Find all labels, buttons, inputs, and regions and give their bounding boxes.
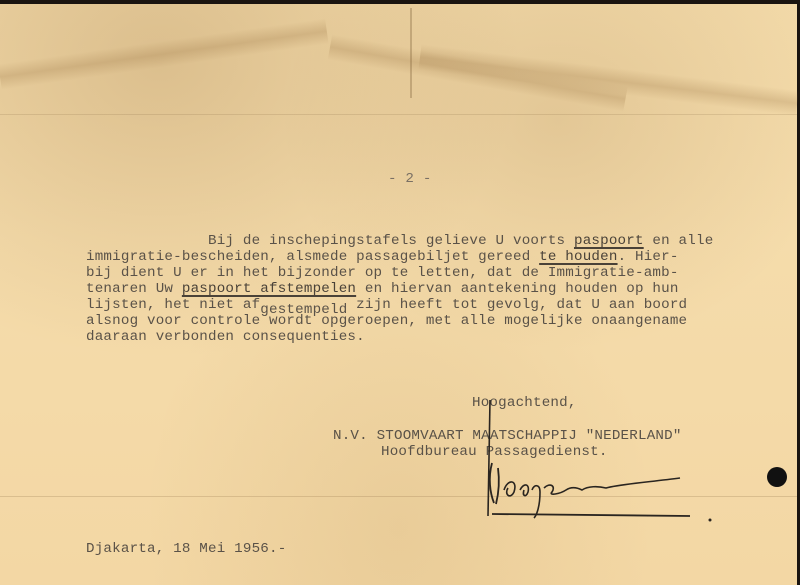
punch-hole [767,467,787,487]
signature [470,398,720,523]
date-line: Djakarta, 18 Mei 1956.- [86,541,286,557]
underlined-te-houden: te houden [539,249,617,265]
paper-fold [0,114,797,115]
letter-body: Bij de inschepingstafels gelieve U voort… [86,233,713,345]
paper-crease [0,18,329,90]
underlined-paspoort-afstempelen: paspoort afstempelen [182,281,356,297]
page-number: - 2 - [388,171,432,187]
underlined-passport: paspoort [574,233,644,249]
